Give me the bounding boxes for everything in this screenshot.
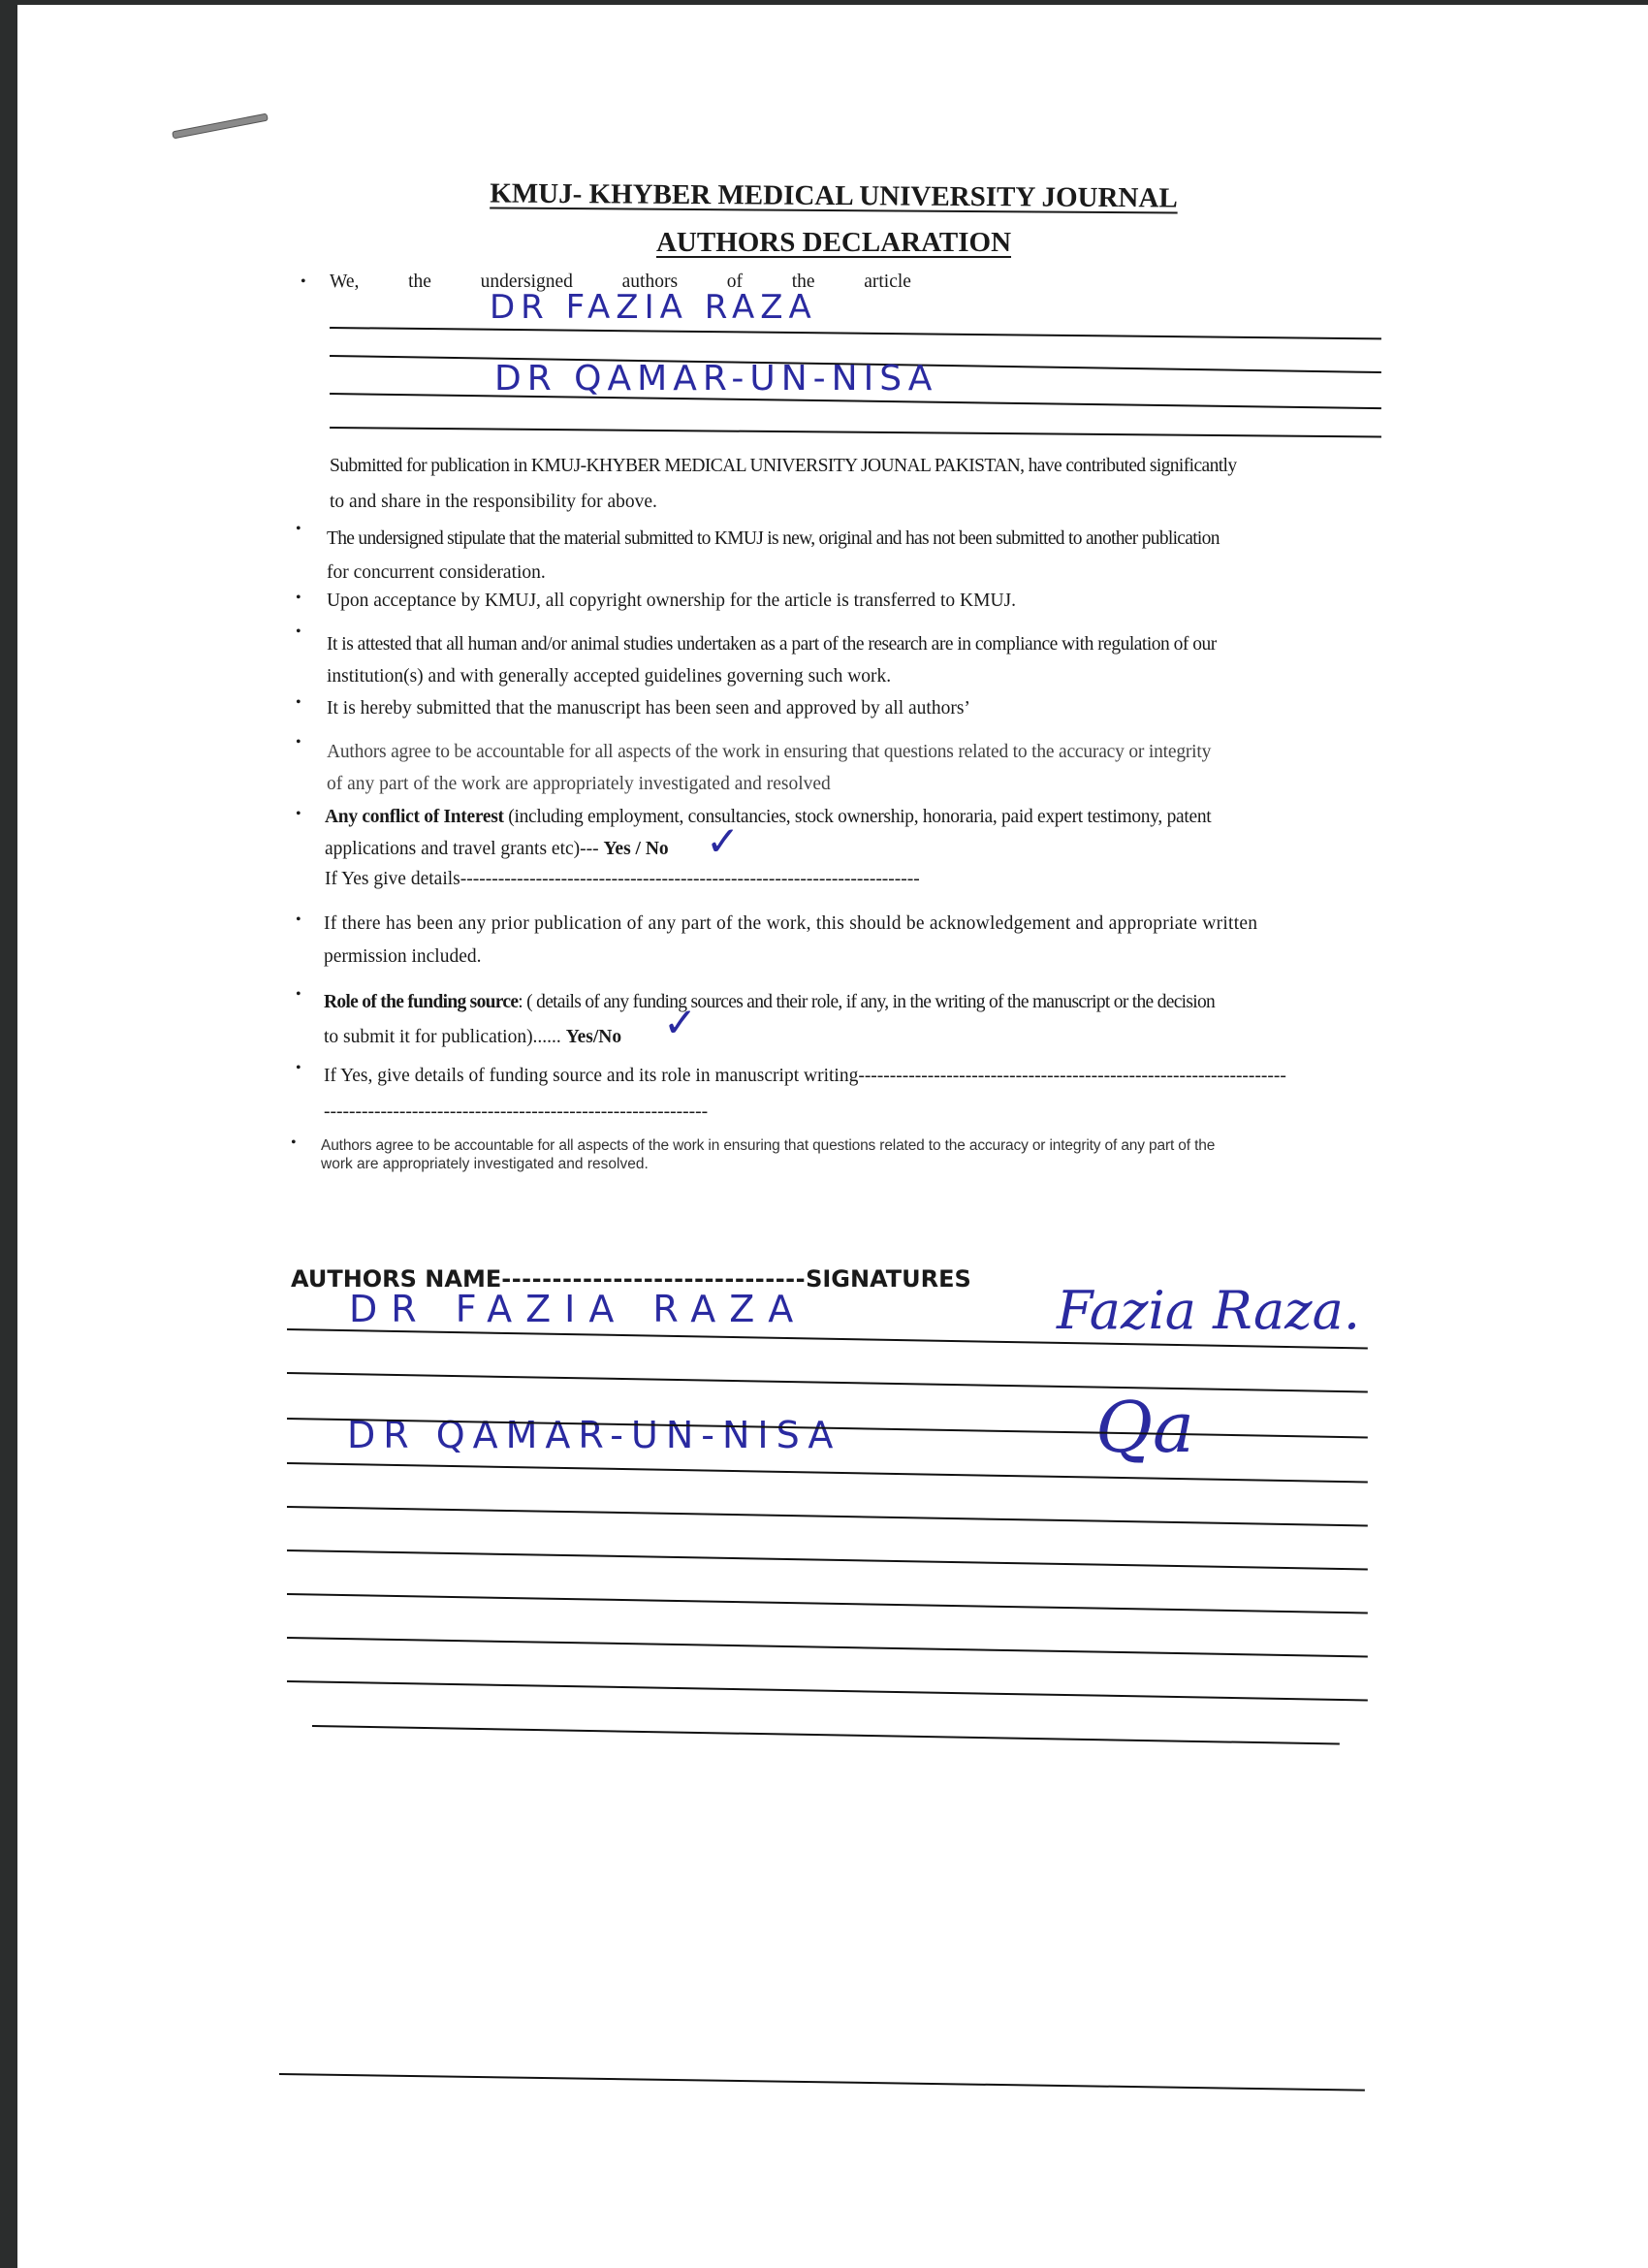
bullet: • <box>296 734 301 751</box>
check-mark-icon: ✓ <box>706 817 740 865</box>
journal-title: KMUJ- KHYBER MEDICAL UNIVERSITY JOURNAL <box>10 175 1648 218</box>
funding-label: Role of the funding source <box>324 992 518 1012</box>
prior-publication-statement: If there has been any prior publication … <box>324 911 1379 969</box>
handwritten-author-1[interactable]: DR FAZIA RAZA <box>490 288 817 327</box>
bullet: • <box>296 521 301 538</box>
conflict-label: Any conflict of Interest <box>325 807 504 827</box>
conflict-yes-no-options[interactable]: Yes / No <box>604 839 669 859</box>
signature-1[interactable]: Fazia Raza. <box>1057 1280 1360 1341</box>
bullet: • <box>296 1060 301 1077</box>
bullet: • <box>296 806 301 823</box>
signature-row-line <box>287 1506 1368 1526</box>
bullet: • <box>296 694 301 712</box>
signature-row-line <box>287 1462 1368 1483</box>
declaration-title: AUTHORS DECLARATION <box>10 227 1648 259</box>
author-line-1 <box>330 327 1381 339</box>
handwritten-author-2[interactable]: DR QAMAR-UN-NISA <box>494 359 937 399</box>
author-name-1[interactable]: DR FAZIA RAZA <box>349 1288 807 1330</box>
bullet: • <box>296 911 301 929</box>
statement-accountability: Authors agree to be accountable for all … <box>327 740 1381 796</box>
check-mark-icon: ✓ <box>663 999 697 1046</box>
signature-row-line <box>312 1725 1340 1744</box>
staple-mark <box>172 113 269 140</box>
signature-row-line <box>287 1680 1368 1701</box>
signature-row-line <box>287 1593 1368 1613</box>
accountability-note: Authors agree to be accountable for all … <box>321 1136 1407 1173</box>
scan-border <box>0 0 17 2268</box>
bullet: • <box>296 623 301 641</box>
statement-ethics: It is attested that all human and/or ani… <box>327 632 1381 688</box>
signature-2[interactable]: Qa <box>1095 1387 1194 1468</box>
funding-statement: Role of the funding source: ( details of… <box>324 990 1379 1049</box>
signature-row-line <box>287 1549 1368 1570</box>
conflict-of-interest-statement: Any conflict of Interest (including empl… <box>325 805 1379 891</box>
signature-row-line <box>287 1372 1368 1392</box>
bullet: • <box>296 590 301 607</box>
conflict-details-field[interactable]: If Yes give details---------------------… <box>325 867 1379 891</box>
submitted-statement: Submitted for publication in KMUJ-KHYBER… <box>330 454 1384 514</box>
statement-approval: It is hereby submitted that the manuscri… <box>327 696 1381 720</box>
statement-original-work: The undersigned stipulate that the mater… <box>327 527 1381 585</box>
funding-details-field[interactable]: If Yes, give details of funding source a… <box>324 1064 1379 1124</box>
bottom-rule <box>279 2073 1365 2092</box>
funding-yes-no-options[interactable]: Yes/No <box>566 1027 621 1047</box>
author-line-4 <box>330 427 1381 437</box>
scan-border-top <box>0 0 1648 5</box>
bullet: • <box>296 986 301 1004</box>
bullet: • <box>301 273 306 291</box>
signature-row-line <box>287 1637 1368 1657</box>
bullet: • <box>291 1134 297 1152</box>
statement-copyright: Upon acceptance by KMUJ, all copyright o… <box>327 589 1381 613</box>
